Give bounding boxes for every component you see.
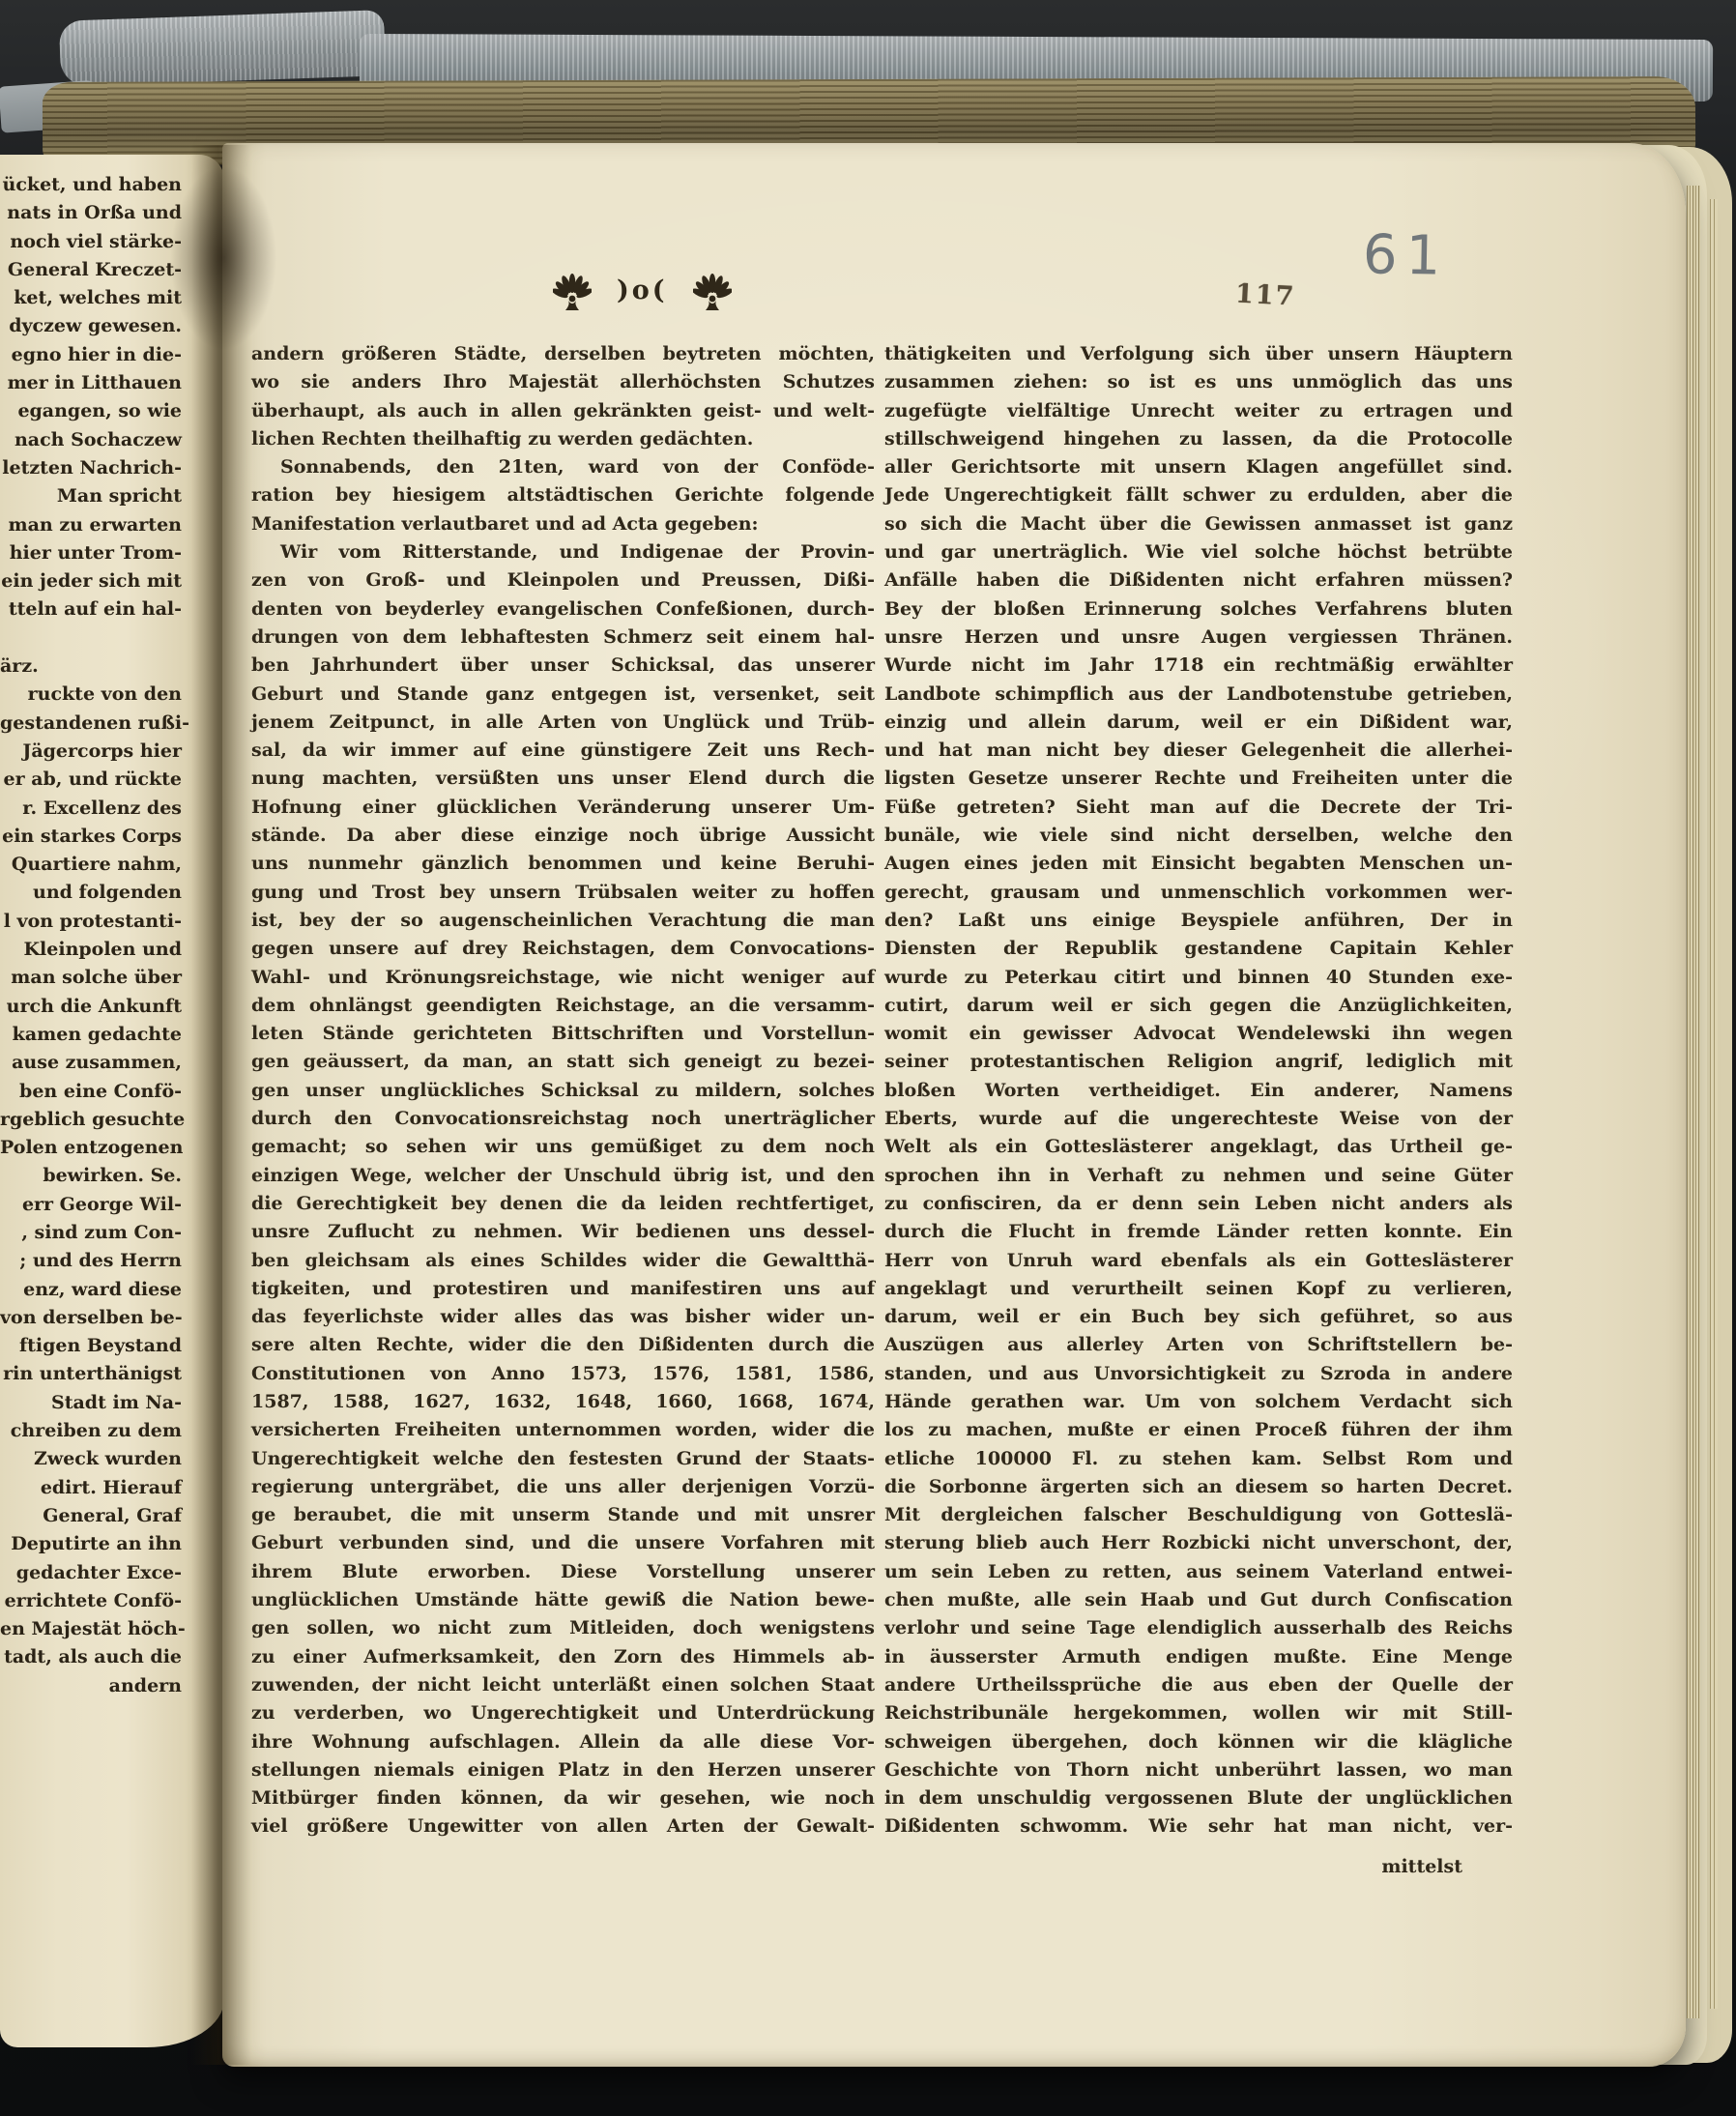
left-column-line: sere alten Rechte, wider die den Dißiden… <box>251 1331 875 1359</box>
right-column-line: Hände gerathen war. Um von solchem Verda… <box>884 1388 1513 1416</box>
right-column-line: durch die Flucht in fremde Länder retten… <box>884 1218 1513 1246</box>
margin-text-line: ket, welches mit <box>0 284 182 312</box>
right-column-line: einzig und allein darum, weil er ein Diß… <box>884 709 1513 737</box>
left-column-line: uns nunmehr gänzlich benommen und keine … <box>251 850 875 878</box>
left-column-line: Hofnung einer glücklichen Veränderung un… <box>251 794 875 822</box>
left-column-line: überhaupt, als auch in allen gekränkten … <box>251 397 875 425</box>
right-column-line: Dißidenten schwomm. Wie sehr hat man nic… <box>884 1812 1513 1841</box>
margin-text-line: edirt. Hierauf <box>0 1474 182 1502</box>
text-column-left: andern größeren Städte, derselben beytre… <box>251 340 875 1841</box>
left-column-line: die Gerechtigkeit bey denen die da leide… <box>251 1190 875 1218</box>
left-column-line: lichen Rechten theilhaftig zu werden ged… <box>251 425 875 453</box>
margin-text-line: Jägercorps hier <box>0 738 182 766</box>
margin-text-line: nats in Orßa und <box>0 199 182 227</box>
right-column-line: Geschichte von Thorn nicht unberührt las… <box>884 1756 1513 1784</box>
left-column-line: gegen unsere auf drey Reichstagen, dem C… <box>251 935 875 963</box>
right-column-line: und hat man nicht bey dieser Gelegenheit… <box>884 737 1513 765</box>
margin-text-line: mer in Litthauen <box>0 369 182 397</box>
margin-text-line: ; und des Herrn <box>0 1247 182 1275</box>
margin-text-line: gedachter Exce- <box>0 1559 182 1587</box>
left-column-line: sal, da wir immer auf eine günstigere Ze… <box>251 737 875 765</box>
fleuron-ornament-icon <box>693 273 732 313</box>
margin-text-line: er ab, und rückte <box>0 766 182 794</box>
margin-text-line: und folgenden <box>0 879 182 907</box>
right-column-line: Anfälle haben die Dißidenten nicht erfah… <box>884 566 1513 594</box>
book-headband-left <box>59 10 386 87</box>
margin-text-line: Stadt im Na- <box>0 1389 182 1417</box>
left-column-line: Wir vom Ritterstande, und Indigenae der … <box>251 538 875 566</box>
previous-page-strip: ücket, und habennats in Orßa undnoch vie… <box>0 155 224 2047</box>
left-column-line: ihre Wohnung aufschlagen. Allein da alle… <box>251 1728 875 1756</box>
left-column-line: ge beraubet, die mit unserm Stande und m… <box>251 1501 875 1529</box>
margin-text-line: urch die Ankunft <box>0 993 182 1021</box>
right-column-line: so sich die Macht über die Gewissen anma… <box>884 510 1513 538</box>
right-column-line: zusammen ziehen: so ist es uns unmöglich… <box>884 368 1513 396</box>
margin-text-line: hier unter Trom- <box>0 539 182 567</box>
margin-text-line: enz, ward diese <box>0 1276 182 1304</box>
page-header: )o( <box>553 273 732 313</box>
margin-text-line: egno hier in die- <box>0 341 182 369</box>
left-column-line: Geburt verbunden sind, und die unsere Vo… <box>251 1529 875 1557</box>
left-column-line: ben Jahrhundert über unser Schicksal, da… <box>251 652 875 680</box>
right-column-line: Reichstribunäle hergekommen, wollen wir … <box>884 1699 1513 1727</box>
right-column-line: Auszügen aus allerley Arten von Schrifts… <box>884 1331 1513 1359</box>
right-column-line: zu confisciren, da er denn sein Leben ni… <box>884 1190 1513 1218</box>
left-column-line: unsre Zuflucht zu nehmen. Wir bedienen u… <box>251 1218 875 1246</box>
right-column-line: Welt als ein Gotteslästerer angeklagt, d… <box>884 1133 1513 1161</box>
margin-text-line: man solche über <box>0 964 182 992</box>
left-column-line: zen von Groß- und Kleinpolen und Preusse… <box>251 566 875 594</box>
right-column-line: schweigen übergehen, doch können wir die… <box>884 1728 1513 1756</box>
margin-text-line: Zweck wurden <box>0 1445 182 1473</box>
right-column-line: seiner protestantischen Religion angrif,… <box>884 1048 1513 1076</box>
fleuron-ornament-icon <box>553 273 592 313</box>
margin-text-line: gestandenen rußi- <box>0 710 182 738</box>
right-column-line: um sein Leben zu retten, aus seinem Vate… <box>884 1558 1513 1586</box>
margin-text-line: ause zusammen, <box>0 1049 182 1077</box>
left-column-line: denten von beyderley evangelischen Confe… <box>251 595 875 623</box>
right-column-line: wurde zu Peterkau citirt und binnen 40 S… <box>884 964 1513 992</box>
left-column-line: Mitbürger finden können, da wir gesehen,… <box>251 1784 875 1812</box>
left-column-line: tigkeiten, und protestiren und manifesti… <box>251 1275 875 1303</box>
right-column-line: in dem unschuldig vergossenen Blute der … <box>884 1784 1513 1812</box>
margin-text-line: tteln auf ein hal- <box>0 595 182 623</box>
margin-text-line: ben eine Confö- <box>0 1078 182 1106</box>
page-number: 117 <box>1234 278 1296 311</box>
left-column-line: gen sollen, wo nicht zum Mitleiden, doch… <box>251 1614 875 1642</box>
left-column-line: andern größeren Städte, derselben beytre… <box>251 340 875 368</box>
text-column-right: thätigkeiten und Verfolgung sich über un… <box>884 340 1513 1841</box>
margin-text-line: nach Sochaczew <box>0 426 182 454</box>
left-column-line: gung und Trost bey unsern Trübsalen weit… <box>251 879 875 907</box>
left-column-line: ihrem Blute erworben. Diese Vorstellung … <box>251 1558 875 1586</box>
left-column-line: Constitutionen von Anno 1573, 1576, 1581… <box>251 1360 875 1388</box>
right-column-line: Füße getreten? Sieht man auf die Decrete… <box>884 794 1513 822</box>
right-column-line: sterung blieb auch Herr Rozbicki nicht u… <box>884 1529 1513 1557</box>
left-column-line: viel größere Ungewitter von allen Arten … <box>251 1812 875 1841</box>
left-column-line: drungen von dem lebhaftesten Schmerz sei… <box>251 623 875 652</box>
fore-edge-page-lines <box>1687 186 1700 2018</box>
margin-text-line: Man spricht <box>0 482 182 510</box>
left-column-line: Geburt und Stande ganz entgegen ist, ver… <box>251 681 875 709</box>
margin-text-line: General Kreczet- <box>0 256 182 284</box>
margin-text-line: ein jeder sich mit <box>0 567 182 595</box>
right-column-line: angeklagt und verurtheilt seinen Kopf zu… <box>884 1275 1513 1303</box>
left-column-line: einzigen Wege, welcher der Unschuld übri… <box>251 1162 875 1190</box>
right-column-line: gerecht, grausam und unmenschlich vorkom… <box>884 879 1513 907</box>
catchword: mittelst <box>884 1852 1513 1881</box>
right-column-line: sprochen ihn in Verhaft zu nehmen und se… <box>884 1162 1513 1190</box>
right-column-line: in äusserster Armuth endigen mußte. Eine… <box>884 1643 1513 1671</box>
left-column-line: wo sie anders Ihro Majestät allerhöchste… <box>251 368 875 396</box>
margin-text-line: egangen, so wie <box>0 397 182 425</box>
left-column-line: gemacht; so sehen wir uns gemüßiget zu d… <box>251 1133 875 1161</box>
left-column-line: stellungen niemals einigen Platz in den … <box>251 1756 875 1784</box>
right-column-line: aller Gerichtsorte mit unsern Klagen ang… <box>884 453 1513 481</box>
left-column-line: dem ohnlängst geendigten Reichstage, an … <box>251 992 875 1020</box>
margin-text-line: andern <box>0 1672 182 1700</box>
left-column-line: durch den Convocationsreichstag noch une… <box>251 1105 875 1133</box>
right-column-line: Eberts, wurde auf die ungerechteste Weis… <box>884 1105 1513 1133</box>
left-column-line: ist, bey der so augenscheinlichen Verach… <box>251 907 875 935</box>
margin-text-line: dyczew gewesen. <box>0 312 182 340</box>
left-column-line: Sonnabends, den 21ten, ward von der Conf… <box>251 453 875 481</box>
margin-text-line: ruckte von den <box>0 681 182 709</box>
left-column-line: Ungerechtigkeit welche den festesten Gru… <box>251 1445 875 1473</box>
margin-text-line: Polen entzogenen <box>0 1134 182 1162</box>
margin-text-line: Deputirte an ihn <box>0 1530 182 1558</box>
left-column-line: Wahl- und Krönungsreichstage, wie nicht … <box>251 964 875 992</box>
margin-text-line: Quartiere nahm, <box>0 851 182 879</box>
right-column-line: Mit dergleichen falscher Beschuldigung v… <box>884 1501 1513 1529</box>
right-column-line: unsre Herzen und unsre Augen vergiessen … <box>884 623 1513 652</box>
margin-text-line: ein starkes Corps <box>0 823 182 851</box>
margin-text-line: noch viel stärke- <box>0 228 182 256</box>
margin-text-line: rin unterthänigst <box>0 1360 182 1388</box>
left-column-line: gen geäussert, da man, an statt sich gen… <box>251 1048 875 1076</box>
left-column-line: regierung untergräbet, die uns aller der… <box>251 1473 875 1501</box>
margin-text-line: , sind zum Con- <box>0 1219 182 1247</box>
right-column-line: ligsten Gesetze unserer Rechte und Freih… <box>884 765 1513 793</box>
right-column-line: bunäle, wie viele sind nicht derselben, … <box>884 822 1513 850</box>
right-column-line: Herr von Unruh ward ebenfals als ein Got… <box>884 1247 1513 1275</box>
right-column-line: die Sorbonne ärgerten sich an diesem so … <box>884 1473 1513 1501</box>
right-column-line: darum, weil er ein Buch bey sich geführe… <box>884 1303 1513 1331</box>
left-column-line: Manifestation verlautbaret und ad Acta g… <box>251 510 875 538</box>
header-section-mark: )o( <box>617 275 668 311</box>
margin-text-line: bewirken. Se. <box>0 1162 182 1190</box>
photo-background: ücket, und habennats in Orßa undnoch vie… <box>0 0 1736 2116</box>
margin-text-line: r. Excellenz des <box>0 795 182 823</box>
margin-text-line: errichtete Confö- <box>0 1587 182 1615</box>
margin-text-line: kamen gedachte <box>0 1021 182 1049</box>
left-column-line: das feyerlichste wider alles das was bis… <box>251 1303 875 1331</box>
right-column-line: etliche 100000 Fl. zu stehen kam. Selbst… <box>884 1445 1513 1473</box>
right-column-line: verlohr und seine Tage elendiglich ausse… <box>884 1614 1513 1642</box>
margin-text-line: tadt, als auch die <box>0 1643 182 1671</box>
right-column-line: chen mußte, alle sein Haab und Gut durch… <box>884 1586 1513 1614</box>
right-column-line: bloßen Worten vertheidiget. Ein anderer,… <box>884 1077 1513 1105</box>
margin-text-line: l von protestanti- <box>0 908 182 936</box>
margin-text-line <box>0 624 182 652</box>
margin-text-line: man zu erwarten <box>0 511 182 539</box>
right-column-line: cutirt, darum weil er sich gegen die Anz… <box>884 992 1513 1020</box>
margin-text-line: en Majestät höch- <box>0 1615 182 1643</box>
margin-text-line: letzten Nachrich- <box>0 454 182 482</box>
margin-text-line: General, Graf <box>0 1502 182 1530</box>
right-column-line: Landbote schimpflich aus der Landbotenst… <box>884 681 1513 709</box>
left-column-line: ben gleichsam als eines Schildes wider d… <box>251 1247 875 1275</box>
margin-text-line: von derselben be- <box>0 1304 182 1332</box>
right-column-line: los zu machen, mußte er einen Proceß füh… <box>884 1416 1513 1444</box>
margin-text-line: chreiben zu dem <box>0 1417 182 1445</box>
margin-text-line: Kleinpolen und <box>0 936 182 964</box>
fore-edge-page-lines <box>1710 199 1718 2009</box>
left-column-line: stände. Da aber diese einzige noch übrig… <box>251 822 875 850</box>
left-column-line: zu einer Aufmerksamkeit, den Zorn des Hi… <box>251 1643 875 1671</box>
previous-page-text-column: ücket, und habennats in Orßa undnoch vie… <box>0 171 182 1700</box>
left-column-line: 1587, 1588, 1627, 1632, 1648, 1660, 1668… <box>251 1388 875 1416</box>
book-page: 61 )o( <box>222 143 1686 2067</box>
right-column-line: Augen eines jeden mit Einsicht begabten … <box>884 850 1513 878</box>
right-column-line: Jede Ungerechtigkeit fällt schwer zu erd… <box>884 481 1513 509</box>
left-column-line: leten Stände gerichteten Bittschriften u… <box>251 1020 875 1048</box>
margin-text-line: err George Wil- <box>0 1191 182 1219</box>
right-column-line: andere Urtheilssprüche die aus eben der … <box>884 1671 1513 1699</box>
right-column-line: Diensten der Republik gestandene Capitai… <box>884 935 1513 963</box>
right-column-line: und gar unerträglich. Wie viel solche hö… <box>884 538 1513 566</box>
margin-text-line: ücket, und haben <box>0 171 182 199</box>
right-column-line: zugefügte vielfältige Unrecht weiter zu … <box>884 397 1513 425</box>
left-column-line: zu verderben, wo Ungerechtigkeit und Unt… <box>251 1699 875 1727</box>
left-column-line: gen unser unglückliches Schicksal zu mil… <box>251 1077 875 1105</box>
right-column-line: den? Laßt uns einige Beyspiele anführen,… <box>884 907 1513 935</box>
left-column-line: zuwenden, der nicht leicht unterläßt ein… <box>251 1671 875 1699</box>
right-column-line: thätigkeiten und Verfolgung sich über un… <box>884 340 1513 368</box>
margin-text-line: ärz. <box>0 652 182 681</box>
right-column-line: standen, und aus Unvorsichtigkeit zu Szr… <box>884 1360 1513 1388</box>
left-column-line: versicherten Freiheiten unternommen word… <box>251 1416 875 1444</box>
margin-text-line: ftigen Beystand <box>0 1332 182 1360</box>
margin-text-line: rgeblich gesuchte <box>0 1106 182 1134</box>
cloth-weave-texture <box>59 10 386 87</box>
archive-stamp-number: 61 <box>1362 223 1449 288</box>
left-column-line: ration bey hiesigem altstädtischen Geric… <box>251 481 875 509</box>
right-column-line: Bey der bloßen Erinnerung solches Verfah… <box>884 595 1513 623</box>
right-column-line: Wurde nicht im Jahr 1718 ein rechtmäßig … <box>884 652 1513 680</box>
left-column-line: jenem Zeitpunct, in alle Arten von Unglü… <box>251 709 875 737</box>
right-column-line: stillschweigend hingehen zu lassen, da d… <box>884 425 1513 453</box>
right-column-line: womit ein gewisser Advocat Wendelewski i… <box>884 1020 1513 1048</box>
left-column-line: nung machten, versüßten uns unser Elend … <box>251 765 875 793</box>
left-column-line: unglücklichen Umstände hätte gewiß die N… <box>251 1586 875 1614</box>
